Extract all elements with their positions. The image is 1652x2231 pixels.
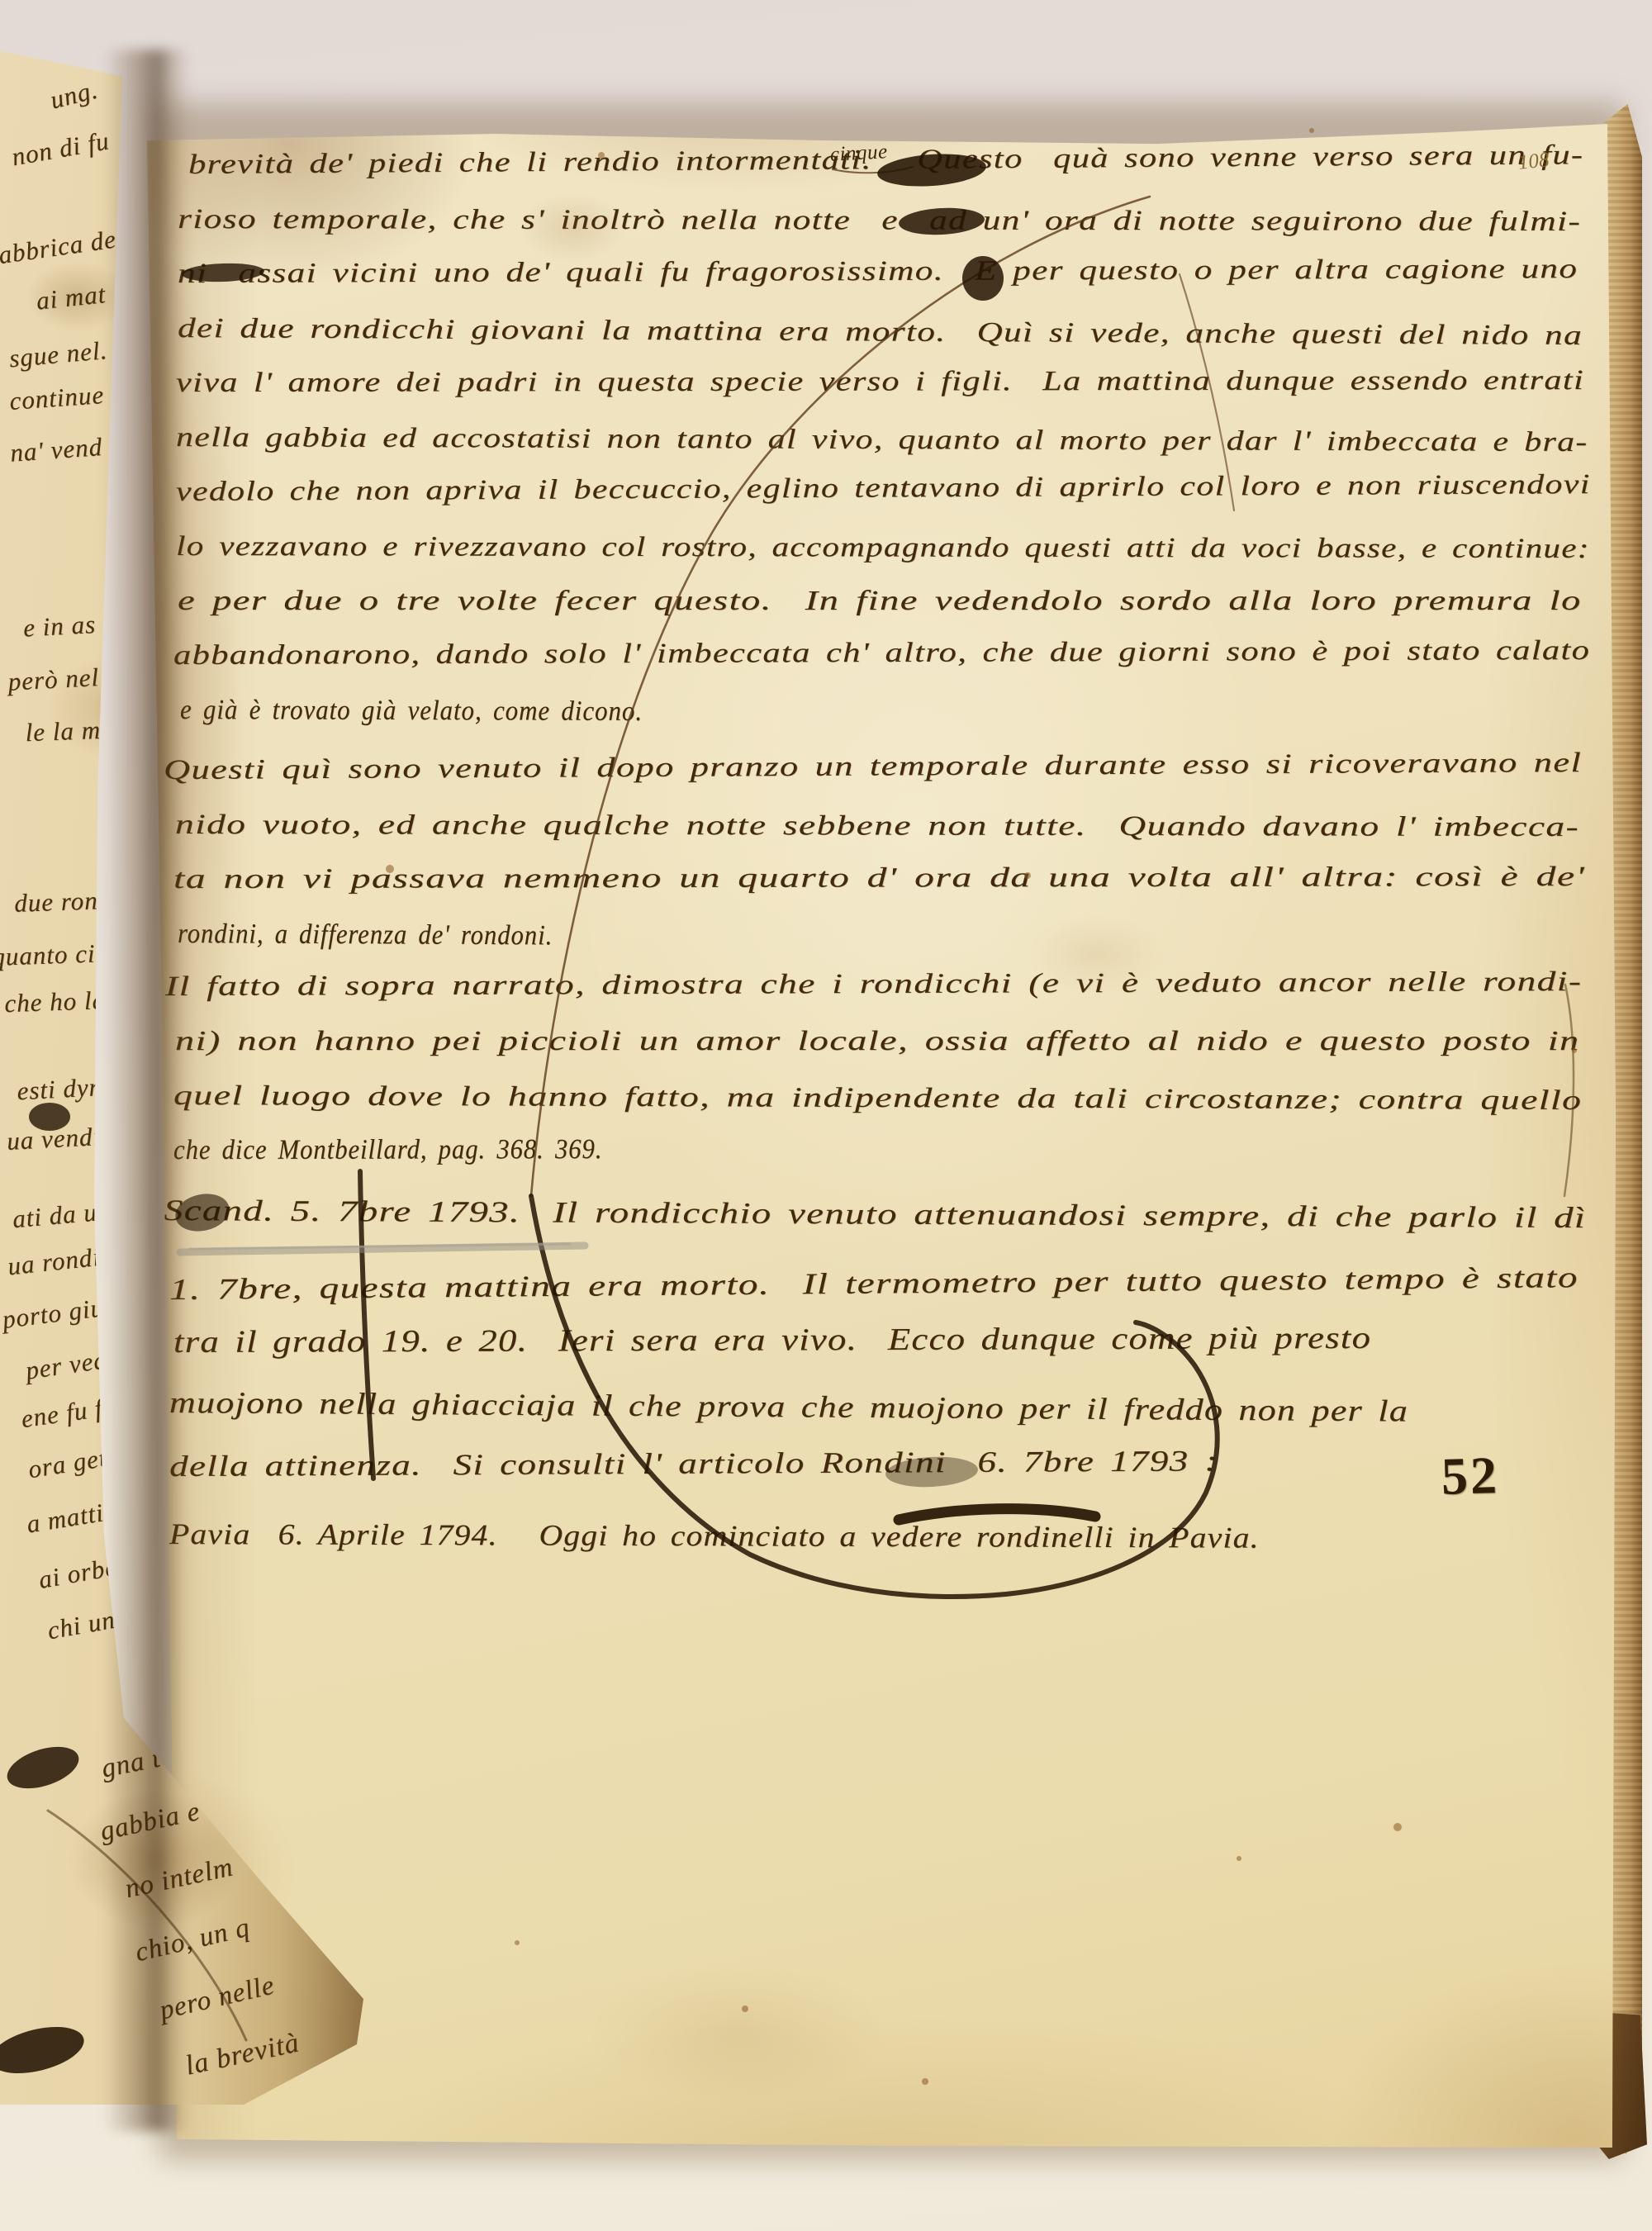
manuscript-line: viva l' amore dei padri in questa specie… <box>176 365 1584 399</box>
facing-page-line-fragment: che ho la <box>0 985 107 1020</box>
facing-page-line-fragment: ung. <box>0 75 101 135</box>
facing-page-line-fragment: porto giub <box>0 1291 119 1338</box>
manuscript-line: abbandonarono, dando solo l' imbeccata c… <box>173 635 1590 672</box>
manuscript-line: tra il grado 19. e 20. Ieri sera era viv… <box>173 1320 1371 1360</box>
manuscript-line: Il fatto di sopra narrato, dimostra che … <box>165 966 1582 1003</box>
facing-page-line-fragment: ua rondig <box>0 1241 116 1285</box>
facing-page-line-fragment: ati da un <box>0 1196 112 1238</box>
manuscript-line: nella gabbia ed accostatisi non tanto al… <box>176 422 1588 458</box>
manuscript-line: della attinenza. Si consulti l' articolo… <box>169 1443 1218 1483</box>
manuscript-photo: brevità de' piedi che li rendio intormen… <box>0 0 1652 2231</box>
folio-number: 108 <box>1517 149 1550 175</box>
facing-page-line-fragment: continue <box>0 380 105 419</box>
manuscript-line: nido vuoto, ed anche qualche notte sebbe… <box>175 809 1579 843</box>
manuscript-line: lo vezzavano e rivezzavano col rostro, a… <box>176 531 1590 565</box>
facing-page-line-fragment: le la m <box>0 715 102 749</box>
facing-page-line-fragment: non di fu <box>0 126 112 179</box>
facing-page-line-fragment: na' vend <box>0 432 103 471</box>
manuscript-line: dei due rondicchi giovani la mattina era… <box>178 313 1583 352</box>
manuscript-line: muojono nella ghiacciaja il che prova ch… <box>169 1385 1408 1429</box>
manuscript-line: ni assai vicini uno de' quali fu fragoro… <box>178 254 1578 290</box>
facing-page-line-fragment: e in as <box>0 610 97 646</box>
manuscript-line: ni) non hanno pei piccioli un amor local… <box>175 1026 1580 1057</box>
manuscript-line: rondini, a differenza de' rondoni. <box>178 919 553 952</box>
facing-page-line-fragment: quanto cin <box>0 938 110 973</box>
manuscript-line: quel luogo dove lo hanno fatto, ma indip… <box>173 1080 1583 1117</box>
manuscript-page: brevità de' piedi che li rendio intormen… <box>139 83 1635 2157</box>
manuscript-line: Pavia 6. Aprile 1794. Oggi ho cominciato… <box>169 1517 1260 1555</box>
page-number: 52 <box>1441 1445 1500 1507</box>
manuscript-line: che dice Montbeillard, pag. 368. 369. <box>173 1134 603 1166</box>
facing-page-line-fragment: esti dyn <box>0 1072 103 1108</box>
manuscript-line: vedolo che non apriva il beccuccio, egli… <box>176 469 1591 508</box>
manuscript-line: 1. 7bre, questa mattina era morto. Il te… <box>169 1260 1578 1307</box>
manuscript-line: rioso temporale, che s' inoltrò nella no… <box>178 204 1581 238</box>
manuscript-line: Questi quì sono venuto il dopo pranzo un… <box>164 748 1582 786</box>
manuscript-line: ta non vi passava nemmeno un quarto d' o… <box>173 862 1585 895</box>
manuscript-line: e già è trovato già velato, come dicono. <box>180 695 643 728</box>
facing-page-line-fragment: per vede <box>0 1343 121 1393</box>
facing-page-line-fragment: però nel <box>0 662 100 699</box>
facing-page-line-fragment: ai mat <box>0 279 107 323</box>
facing-page-line-fragment: sgue nel. <box>0 335 109 377</box>
facing-page-line-fragment: due ron- <box>0 885 108 920</box>
interlinear-insertion: cinque <box>829 140 888 167</box>
manuscript-line: Scand. 5. 7bre 1793. Il rondicchio venut… <box>164 1193 1587 1235</box>
facing-page-line-fragment: ua vendi <box>0 1122 102 1158</box>
manuscript-line: e per due o tre volte fecer questo. In f… <box>178 586 1582 617</box>
gutter-shadow <box>104 50 190 2131</box>
